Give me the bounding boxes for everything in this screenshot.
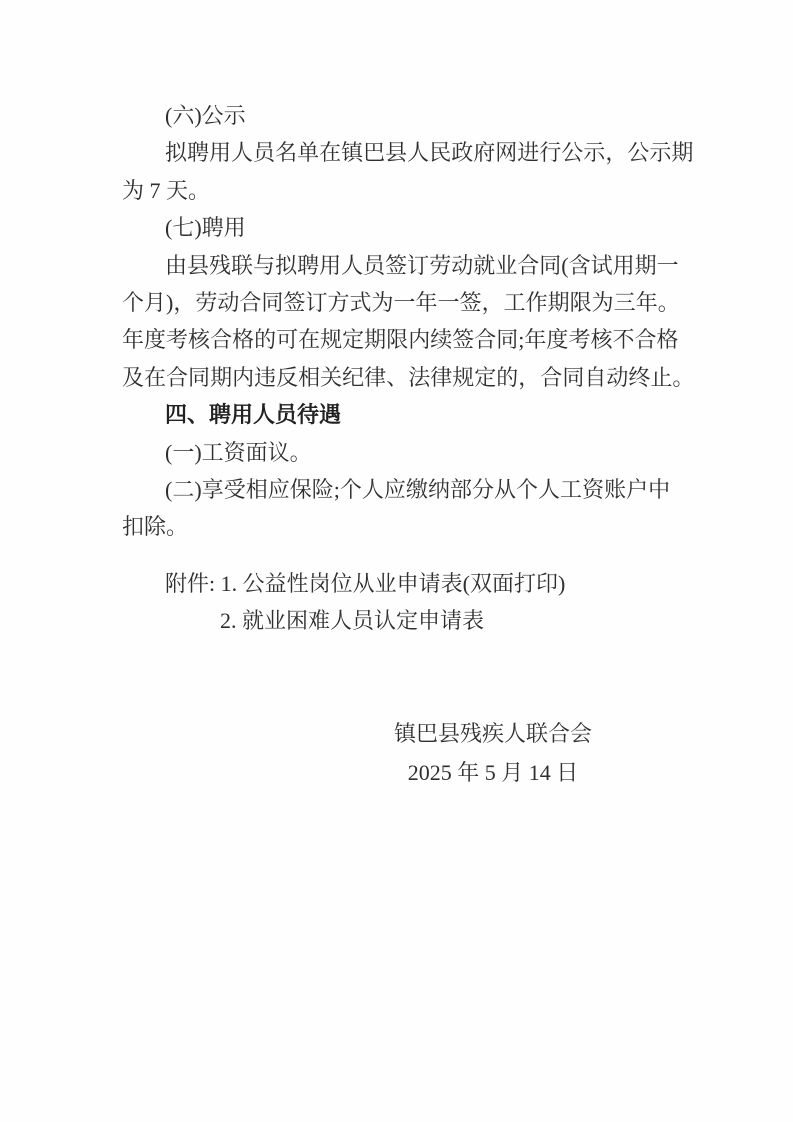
body-line: 拟聘用人员名单在镇巴县人民政府网进行公示，公示期	[122, 134, 668, 171]
document-body: (六)公示 拟聘用人员名单在镇巴县人民政府网进行公示，公示期 为 7 天。 (七…	[122, 97, 668, 639]
signature-block: 镇巴县残疾人联合会 2025 年 5 月 14 日	[293, 715, 693, 792]
signature-org-line: 镇巴县残疾人联合会	[293, 715, 693, 754]
body-line: (七)聘用	[122, 209, 668, 246]
body-line: (六)公示	[122, 97, 668, 134]
body-line: 年度考核合格的可在规定期限内续签合同;年度考核不合格	[122, 321, 668, 358]
body-line: 为 7 天。	[122, 172, 668, 209]
attachment-line: 附件: 1. 公益性岗位从业申请表(双面打印)	[122, 565, 668, 602]
body-line: 个月)，劳动合同签订方式为一年一签，工作期限为三年。	[122, 284, 668, 321]
attachment-line: 2. 就业困难人员认定申请表	[122, 602, 668, 639]
signature-date-line: 2025 年 5 月 14 日	[293, 754, 693, 793]
body-line: 及在合同期内违反相关纪律、法律规定的，合同自动终止。	[122, 359, 668, 396]
body-line: 扣除。	[122, 508, 668, 545]
body-line: (二)享受相应保险;个人应缴纳部分从个人工资账户中	[122, 471, 668, 508]
body-line: 由县残联与拟聘用人员签订劳动就业合同(含试用期一	[122, 247, 668, 284]
body-line: (一)工资面议。	[122, 434, 668, 471]
section-heading: 四、聘用人员待遇	[122, 396, 668, 433]
document-page: (六)公示 拟聘用人员名单在镇巴县人民政府网进行公示，公示期 为 7 天。 (七…	[0, 0, 793, 1122]
